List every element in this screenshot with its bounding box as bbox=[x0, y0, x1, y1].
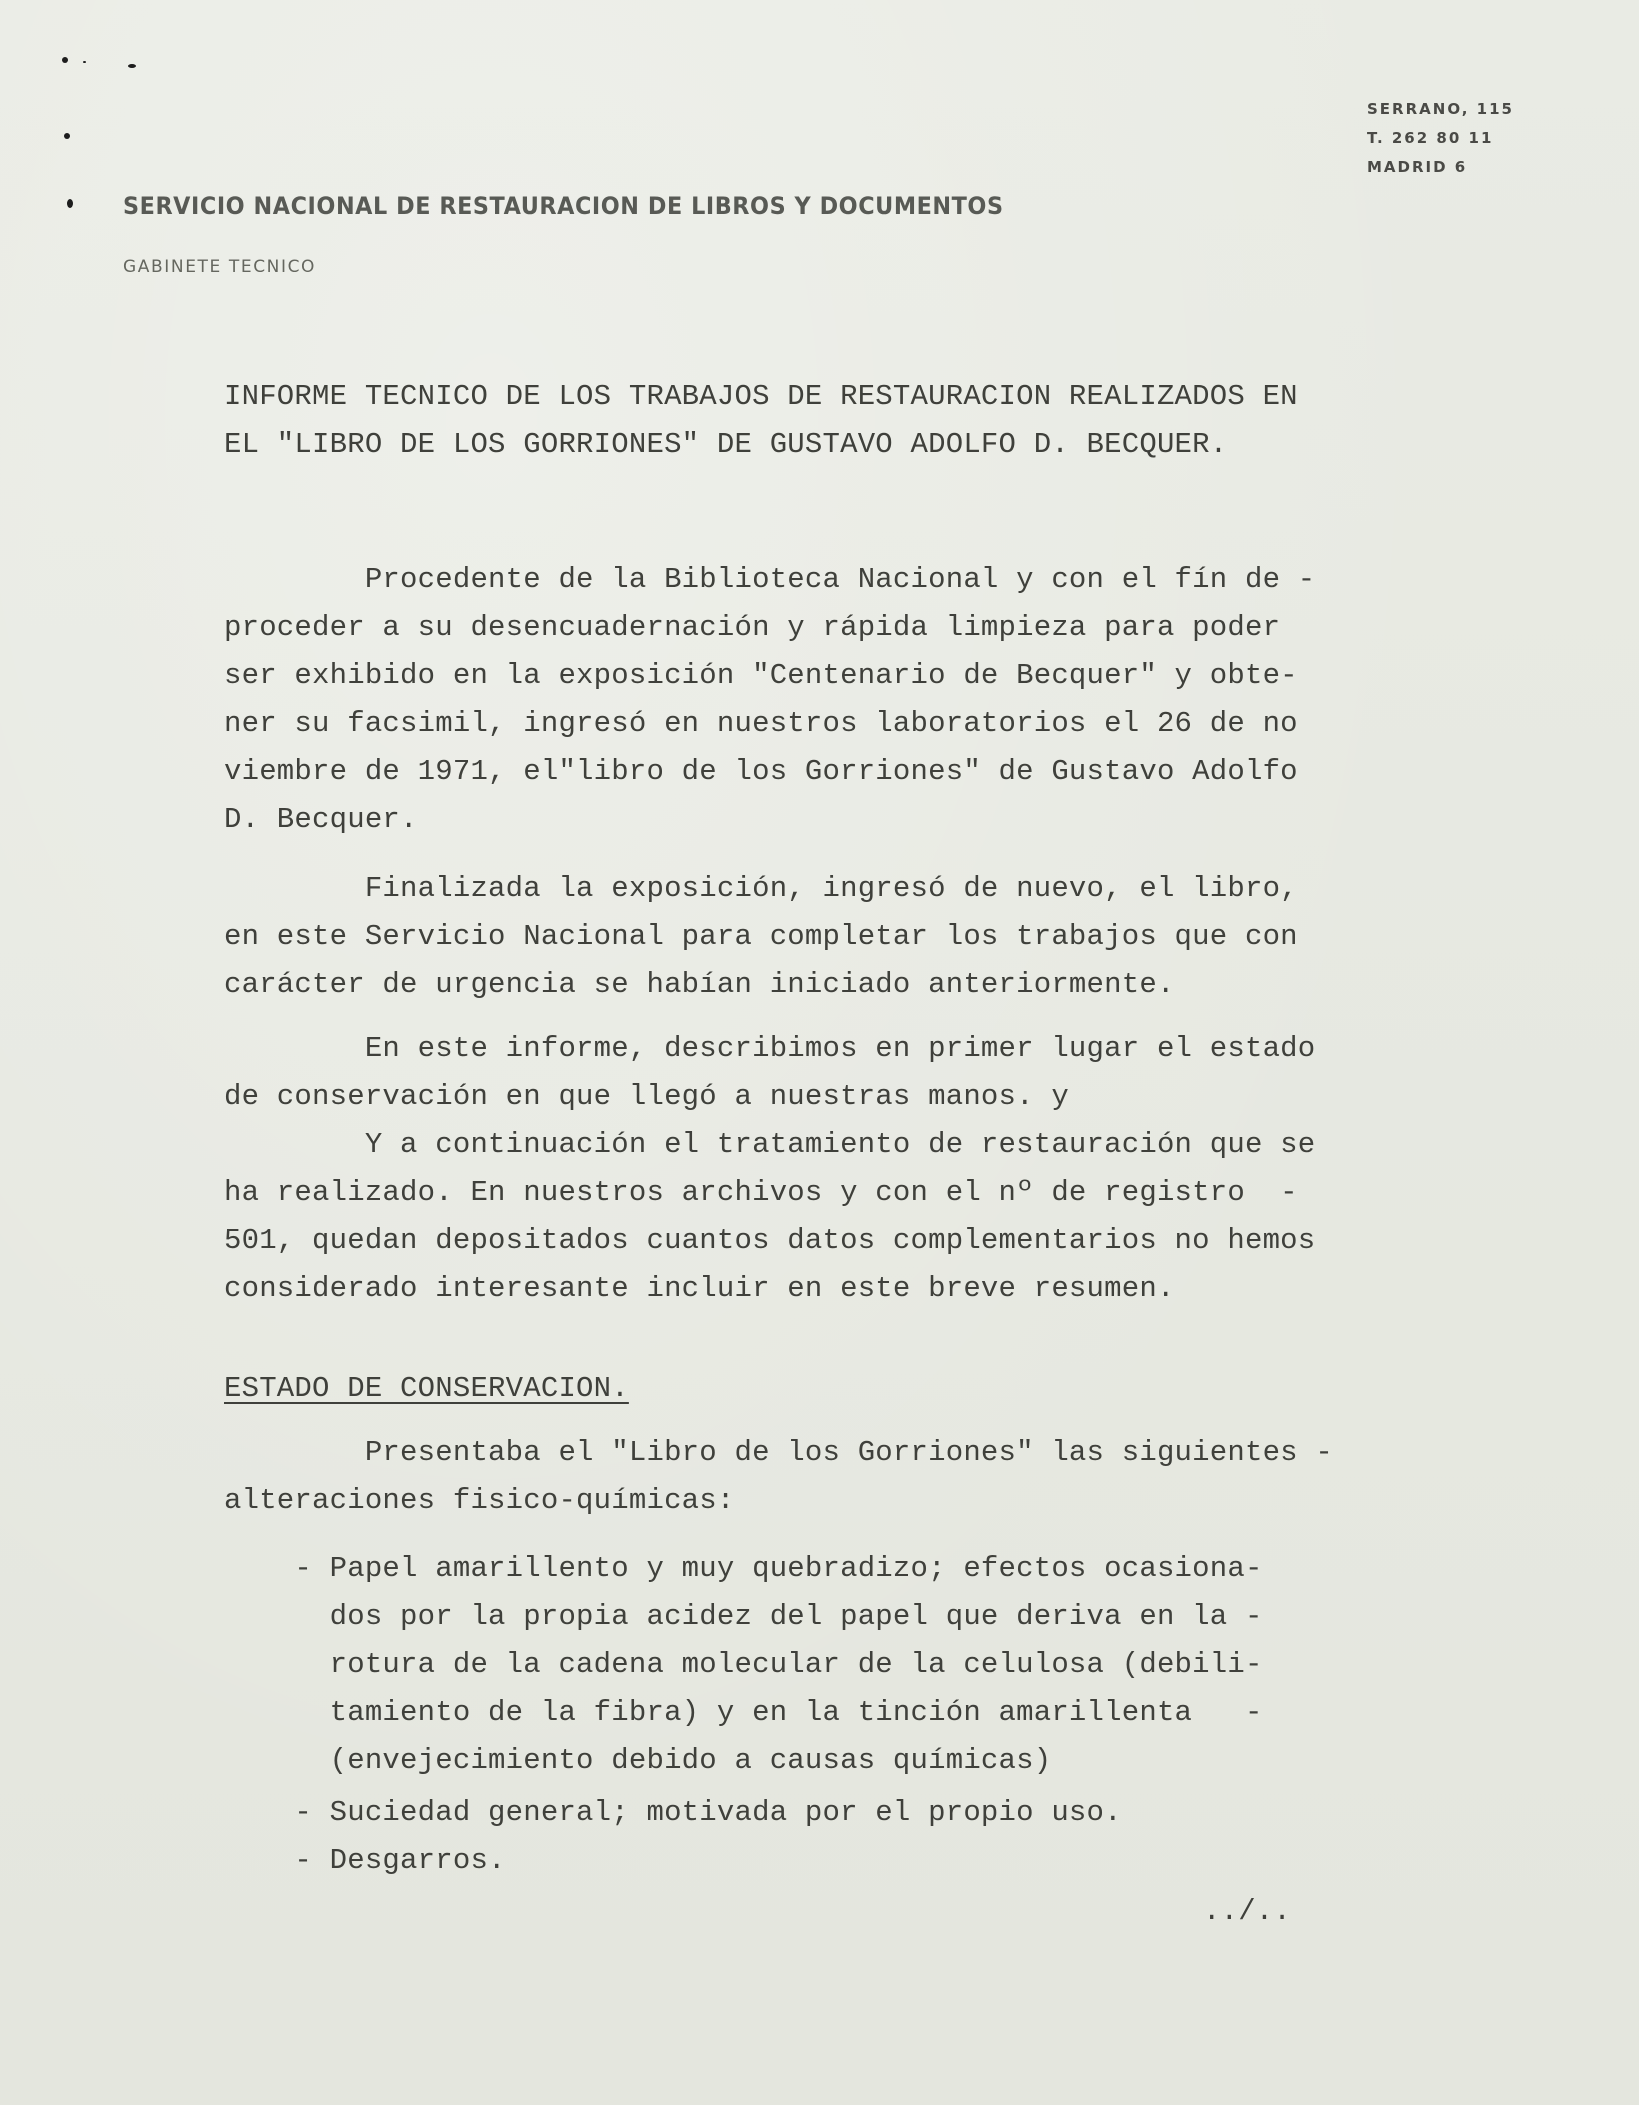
paragraph-line: Y a continuación el tratamiento de resta… bbox=[224, 1128, 1315, 1161]
continuation-mark: ../.. bbox=[1203, 1895, 1291, 1928]
list-item-dirt: - Suciedad general; motivada por el prop… bbox=[224, 1796, 1122, 1829]
section-intro-line: alteraciones fisico-químicas: bbox=[224, 1484, 734, 1517]
paragraph-line: D. Becquer. bbox=[224, 803, 418, 836]
report-title-line-1: INFORME TECNICO DE LOS TRABAJOS DE RESTA… bbox=[224, 380, 1298, 413]
paragraph-line: Finalizada la exposición, ingresó de nue… bbox=[224, 872, 1298, 905]
letterhead-address: SERRANO, 115 T. 262 80 11 MADRID 6 bbox=[1367, 95, 1514, 182]
punch-mark bbox=[64, 133, 70, 139]
address-city: MADRID 6 bbox=[1367, 153, 1514, 182]
organization-name: SERVICIO NACIONAL DE RESTAURACION DE LIB… bbox=[123, 192, 1004, 220]
address-street: SERRANO, 115 bbox=[1367, 95, 1514, 124]
paragraph-line: en este Servicio Nacional para completar… bbox=[224, 920, 1298, 953]
paragraph-line: En este informe, describimos en primer l… bbox=[224, 1032, 1315, 1065]
staple-mark bbox=[62, 57, 68, 63]
paragraph-line: carácter de urgencia se habían iniciado … bbox=[224, 968, 1175, 1001]
department-name: GABINETE TECNICO bbox=[123, 257, 316, 277]
section-heading: ESTADO DE CONSERVACION. bbox=[224, 1372, 629, 1405]
staple-mark bbox=[83, 61, 86, 63]
paragraph-line: proceder a su desencuadernación y rápida… bbox=[224, 611, 1280, 644]
paragraph-line: Procedente de la Biblioteca Nacional y c… bbox=[224, 563, 1315, 596]
punch-mark bbox=[67, 199, 73, 208]
section-intro-line: Presentaba el "Libro de los Gorriones" l… bbox=[224, 1436, 1333, 1469]
paragraph-line: ner su facsimil, ingresó en nuestros lab… bbox=[224, 707, 1298, 740]
paragraph-line: viembre de 1971, el"libro de los Gorrion… bbox=[224, 755, 1298, 788]
list-item-paper-line: dos por la propia acidez del papel que d… bbox=[224, 1600, 1263, 1633]
list-item-paper-line: - Papel amarillento y muy quebradizo; ef… bbox=[224, 1552, 1263, 1585]
list-item-tears: - Desgarros. bbox=[224, 1844, 506, 1877]
document-page: SERRANO, 115 T. 262 80 11 MADRID 6 SERVI… bbox=[0, 0, 1639, 2105]
address-phone: T. 262 80 11 bbox=[1367, 124, 1514, 153]
paragraph-line: ser exhibido en la exposición "Centenari… bbox=[224, 659, 1298, 692]
paragraph-line: considerado interesante incluir en este … bbox=[224, 1272, 1175, 1305]
staple-mark bbox=[128, 64, 136, 68]
paragraph-line: ha realizado. En nuestros archivos y con… bbox=[224, 1176, 1298, 1209]
list-item-paper-line: tamiento de la fibra) y en la tinción am… bbox=[224, 1696, 1263, 1729]
paragraph-line: de conservación en que llegó a nuestras … bbox=[224, 1080, 1069, 1113]
paragraph-line: 501, quedan depositados cuantos datos co… bbox=[224, 1224, 1315, 1257]
report-title-line-2: EL "LIBRO DE LOS GORRIONES" DE GUSTAVO A… bbox=[224, 428, 1227, 461]
list-item-paper-line: (envejecimiento debido a causas químicas… bbox=[224, 1744, 1051, 1777]
list-item-paper-line: rotura de la cadena molecular de la celu… bbox=[224, 1648, 1263, 1681]
